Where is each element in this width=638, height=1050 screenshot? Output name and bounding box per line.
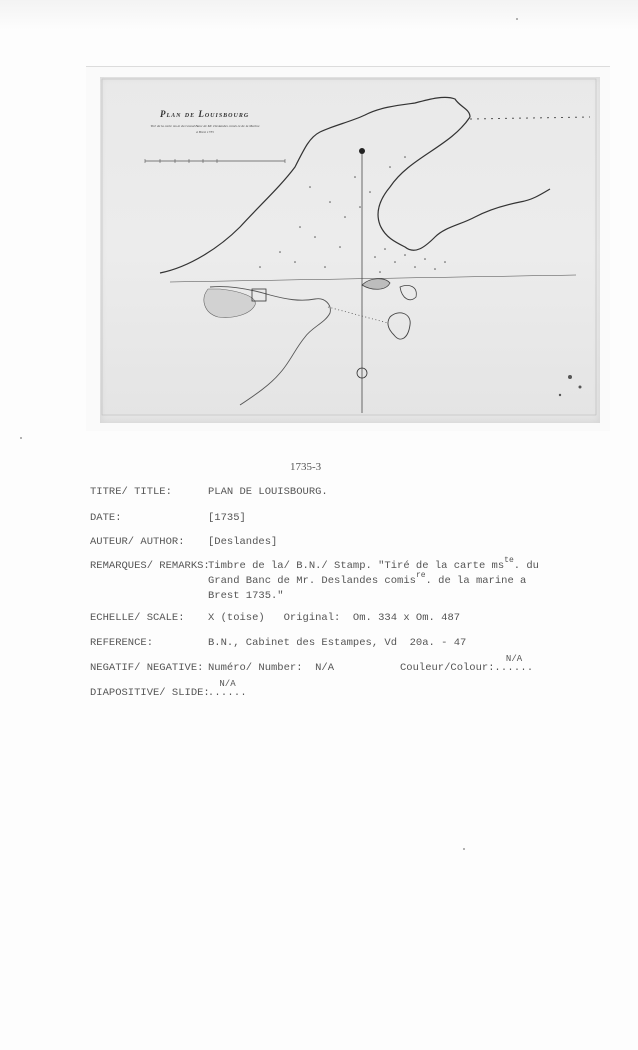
remarks-label: REMARQUES/ REMARKS:	[90, 559, 210, 573]
reference-label: REFERENCE:	[90, 636, 153, 650]
dust-speck	[20, 437, 22, 439]
remarks-line-1: Timbre de la/ B.N./ Stamp. "Tiré de la c…	[208, 559, 568, 574]
scale-label: ECHELLE/ SCALE:	[90, 611, 185, 625]
date-label: DATE:	[90, 511, 122, 525]
slide-value-stack: N/A......	[208, 686, 247, 701]
remarks-text: . du	[514, 560, 539, 572]
colour-field: N/A......	[495, 661, 534, 676]
negative-label: NEGATIF/ NEGATIVE:	[90, 661, 203, 675]
dust-speck	[516, 18, 518, 20]
superscript: te	[504, 556, 514, 565]
dust-speck	[463, 848, 465, 850]
remarks-text: Grand Banc de Mr. Deslandes comis	[208, 575, 416, 587]
slide-value: N/A	[219, 677, 235, 691]
scale-value: X (toise) Original: Om. 334 x Om. 487	[208, 611, 460, 625]
remarks-value: Timbre de la/ B.N./ Stamp. "Tiré de la c…	[208, 559, 568, 604]
remarks-text: Timbre de la/ B.N./ Stamp. "Tiré de la c…	[208, 560, 504, 572]
author-value: [Deslandes]	[208, 535, 277, 549]
map-photograph: Plan de Louisbourg Tiré de la carte ms.t…	[86, 66, 610, 431]
slide-label: DIAPOSITIVE/ SLIDE:	[90, 686, 210, 700]
colour-label: Couleur/Colour:	[400, 662, 495, 674]
author-label: AUTEUR/ AUTHOR:	[90, 535, 185, 549]
title-label: TITRE/ TITLE:	[90, 485, 172, 499]
map-title: Plan de Louisbourg	[160, 109, 249, 119]
negative-colour: Couleur/Colour:N/A......	[400, 661, 534, 676]
map-plan-de-louisbourg: Plan de Louisbourg Tiré de la carte ms.t…	[100, 77, 600, 423]
title-value: PLAN DE LOUISBOURG.	[208, 485, 328, 499]
remarks-text: . de la marine a	[426, 575, 527, 587]
negative-number: Numéro/ Number: N/A	[208, 661, 334, 675]
remarks-line-2: Grand Banc de Mr. Deslandes comisre. de …	[208, 574, 568, 589]
negative-number-label: Numéro/ Number:	[208, 662, 303, 674]
slide-field: N/A......	[208, 686, 247, 701]
superscript: re	[416, 571, 426, 580]
date-value: [1735]	[208, 511, 246, 525]
colour-value: N/A	[506, 652, 522, 666]
reference-value: B.N., Cabinet des Estampes, Vd 20a. - 47	[208, 636, 466, 650]
remarks-line-3: Brest 1735."	[208, 589, 568, 604]
negative-number-value: N/A	[315, 662, 334, 674]
reference-number: 1735-3	[290, 460, 321, 474]
map-subtitle: Tiré de la carte ms.te du Grand Banc de …	[150, 123, 260, 135]
page-top-shadow	[0, 0, 638, 30]
